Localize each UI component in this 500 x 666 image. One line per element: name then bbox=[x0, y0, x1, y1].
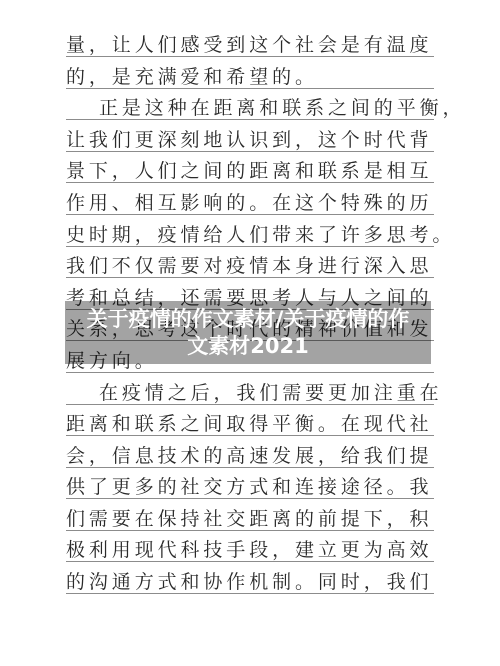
essay-line: 的沟通方式和协作机制。同时，我们 bbox=[66, 562, 434, 594]
essay-line: 距离和联系之间取得平衡。在现代社 bbox=[66, 405, 434, 437]
essay-line-text: 供了更多的社交方式和连接途径。我 bbox=[66, 476, 432, 498]
essay-line-text: 在疫情之后，我们需要更加注重在 bbox=[99, 382, 443, 404]
essay-line-text: 史时期，疫情给人们带来了许多思考。 bbox=[66, 224, 455, 246]
essay-line-text: 景下，人们之间的距离和联系是相互 bbox=[66, 160, 432, 182]
essay-line: 正是这种在距离和联系之间的平衡， bbox=[66, 89, 434, 121]
overlay-title: 关于疫情的作文素材/关于疫情的作文素材2021 bbox=[80, 306, 416, 360]
essay-line-text: 的沟通方式和协作机制。同时，我们 bbox=[66, 571, 432, 593]
essay-line: 史时期，疫情给人们带来了许多思考。 bbox=[66, 215, 434, 247]
essay-line-text: 距离和联系之间取得平衡。在现代社 bbox=[66, 413, 432, 435]
essay-line-text: 会，信息技术的高速发展，给我们提 bbox=[66, 445, 432, 467]
title-overlay-banner: 关于疫情的作文素材/关于疫情的作文素材2021 bbox=[65, 301, 431, 364]
essay-line-text: 作用、相互影响的。在这个特殊的历 bbox=[66, 192, 432, 214]
essay-line-text: 极利用现代科技手段，建立更为高效 bbox=[66, 539, 432, 561]
essay-line-text: 我们不仅需要对疫情本身进行深入思 bbox=[66, 255, 432, 277]
essay-line: 量，让人们感受到这个社会是有温度 bbox=[66, 25, 434, 57]
essay-line: 会，信息技术的高速发展，给我们提 bbox=[66, 436, 434, 468]
essay-line: 们需要在保持社交距离的前提下，积 bbox=[66, 499, 434, 531]
essay-line-text: 量，让人们感受到这个社会是有温度 bbox=[66, 34, 432, 56]
essay-line-text: 让我们更深刻地认识到，这个时代背 bbox=[66, 129, 432, 151]
essay-line: 供了更多的社交方式和连接途径。我 bbox=[66, 468, 434, 500]
essay-line: 极利用现代科技手段，建立更为高效 bbox=[66, 531, 434, 563]
essay-line-text: 的，是充满爱和希望的。 bbox=[66, 66, 318, 88]
essay-line-text: 们需要在保持社交距离的前提下，积 bbox=[66, 508, 432, 530]
essay-line: 让我们更深刻地认识到，这个时代背 bbox=[66, 120, 434, 152]
essay-line: 在疫情之后，我们需要更加注重在 bbox=[66, 373, 434, 405]
essay-line: 作用、相互影响的。在这个特殊的历 bbox=[66, 183, 434, 215]
essay-line-text: 正是这种在距离和联系之间的平衡， bbox=[99, 97, 465, 119]
essay-line: 我们不仅需要对疫情本身进行深入思 bbox=[66, 247, 434, 279]
handwritten-essay-photo: 量，让人们感受到这个社会是有温度 的，是充满爱和希望的。 正是这种在距离和联系之… bbox=[0, 0, 500, 666]
essay-line: 景下，人们之间的距离和联系是相互 bbox=[66, 152, 434, 184]
essay-line: 的，是充满爱和希望的。 bbox=[66, 57, 434, 89]
